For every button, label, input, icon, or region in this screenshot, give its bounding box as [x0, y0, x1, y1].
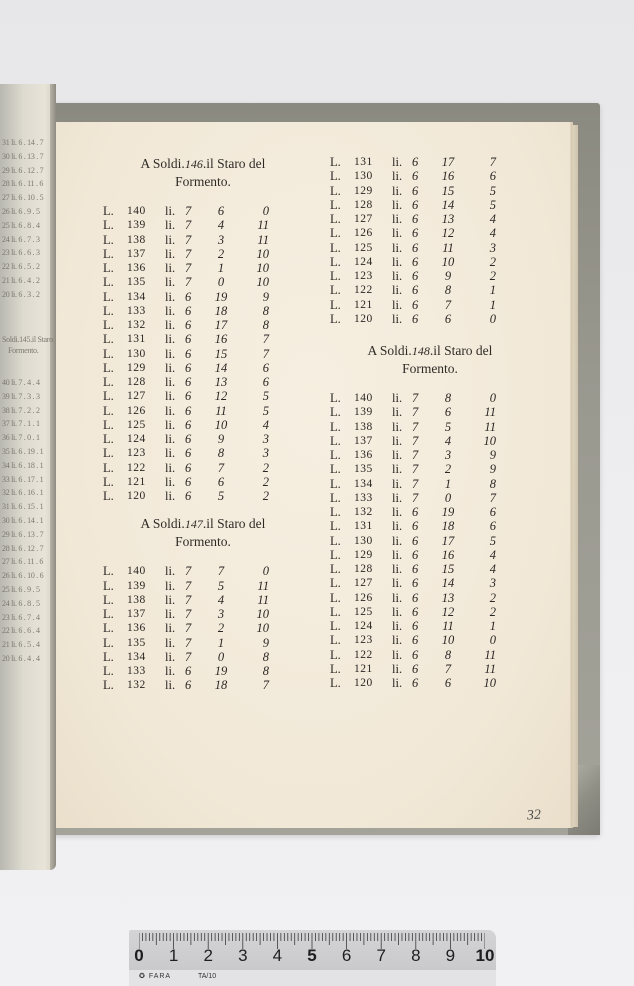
unit-prefix: L. [330, 184, 354, 198]
unit-prefix: L. [103, 636, 127, 650]
denari-value: 4 [466, 226, 496, 240]
soldi-value: 13 [430, 212, 466, 226]
quantity: 139 [127, 218, 165, 232]
denari-value: 4 [466, 212, 496, 226]
quantity: 135 [127, 275, 165, 289]
lire-label: li. [392, 562, 412, 576]
lire-label: li. [165, 347, 185, 361]
lire-label: li. [392, 591, 412, 605]
unit-prefix: L. [330, 662, 354, 676]
table-row: L.124li.693 [103, 432, 303, 446]
denari-value: 6 [239, 361, 269, 375]
lire-label: li. [165, 247, 185, 261]
table-row: L.134li.718 [330, 477, 530, 491]
denari-value: 6 [466, 169, 496, 183]
unit-prefix: L. [330, 505, 354, 519]
lire-label: li. [165, 475, 185, 489]
lire-value: 7 [412, 405, 430, 419]
soldi-value: 17 [430, 534, 466, 548]
soldi-value: 7 [430, 298, 466, 312]
unit-prefix: L. [103, 375, 127, 389]
quantity: 126 [354, 226, 392, 240]
lire-value: 6 [412, 648, 430, 662]
unit-prefix: L. [330, 212, 354, 226]
quantity: 136 [354, 448, 392, 462]
lire-value: 6 [185, 432, 203, 446]
soldi-value: 4 [430, 434, 466, 448]
unit-prefix: L. [330, 676, 354, 690]
quantity: 130 [354, 169, 392, 183]
denari-value: 0 [239, 564, 269, 578]
lire-value: 6 [412, 212, 430, 226]
lire-label: li. [392, 462, 412, 476]
unit-prefix: L. [330, 548, 354, 562]
lire-value: 7 [412, 462, 430, 476]
unit-prefix: L. [330, 648, 354, 662]
unit-prefix: L. [330, 519, 354, 533]
lire-value: 7 [185, 247, 203, 261]
lire-label: li. [165, 304, 185, 318]
quantity: 132 [127, 678, 165, 692]
table-row: L.132li.6178 [103, 318, 303, 332]
denari-value: 6 [466, 505, 496, 519]
denari-value: 1 [466, 298, 496, 312]
soldi-value: 16 [203, 332, 239, 346]
quantity: 130 [127, 347, 165, 361]
lire-label: li. [392, 226, 412, 240]
lire-label: li. [392, 212, 412, 226]
denari-value: 11 [239, 233, 269, 247]
unit-prefix: L. [103, 564, 127, 578]
soldi-value: 1 [203, 261, 239, 275]
soldi-value: 2 [430, 462, 466, 476]
lire-value: 7 [185, 593, 203, 607]
table-row: L.130li.6157 [103, 347, 303, 361]
table-row: L.131li.6186 [330, 519, 530, 533]
table-row: L.140li.770 [103, 564, 303, 578]
lire-value: 7 [185, 233, 203, 247]
unit-prefix: L. [330, 241, 354, 255]
quantity: 137 [127, 247, 165, 261]
lire-label: li. [392, 633, 412, 647]
table-row: L.122li.681 [330, 283, 530, 297]
unit-prefix: L. [330, 298, 354, 312]
lire-value: 6 [412, 241, 430, 255]
soldi-value: 19 [203, 664, 239, 678]
lire-value: 7 [185, 636, 203, 650]
lire-label: li. [165, 275, 185, 289]
ruler-brand: ✪ FARA [139, 972, 171, 980]
quantity: 129 [127, 361, 165, 375]
table-row: L.129li.6164 [330, 548, 530, 562]
soldi-value: 8 [430, 283, 466, 297]
lire-value: 6 [412, 591, 430, 605]
lire-label: li. [392, 434, 412, 448]
ruler-label: 10 [476, 946, 495, 966]
table-row: L.135li.7010 [103, 275, 303, 289]
lire-label: li. [165, 489, 185, 503]
denari-value: 3 [466, 576, 496, 590]
unit-prefix: L. [103, 446, 127, 460]
table-row: L.131li.6177 [330, 155, 530, 169]
table-row: L.121li.662 [103, 475, 303, 489]
table-row: L.135li.729 [330, 462, 530, 476]
table-146: L.140li.760L.139li.7411L.138li.7311L.137… [103, 204, 303, 503]
denari-value: 6 [239, 375, 269, 389]
denari-value: 7 [466, 155, 496, 169]
unit-prefix: L. [103, 461, 127, 475]
soldi-value: 11 [430, 619, 466, 633]
lire-value: 6 [185, 664, 203, 678]
table-row: L.127li.6134 [330, 212, 530, 226]
lire-value: 7 [412, 420, 430, 434]
unit-prefix: L. [103, 650, 127, 664]
denari-value: 2 [466, 605, 496, 619]
lire-label: li. [165, 621, 185, 635]
soldi-value: 6 [203, 204, 239, 218]
soldi-value: 4 [203, 593, 239, 607]
denari-value: 9 [239, 290, 269, 304]
page-stack-edge [570, 125, 578, 827]
quantity: 124 [127, 432, 165, 446]
lire-value: 7 [185, 204, 203, 218]
lire-label: li. [392, 420, 412, 434]
lire-label: li. [165, 432, 185, 446]
lire-label: li. [165, 375, 185, 389]
lire-label: li. [165, 579, 185, 593]
left-page-heading: Soldi.145.il Staro Formento. [2, 334, 52, 356]
quantity: 125 [354, 605, 392, 619]
denari-value: 4 [239, 418, 269, 432]
soldi-value: 18 [203, 678, 239, 692]
unit-prefix: L. [330, 198, 354, 212]
denari-value: 11 [466, 648, 496, 662]
soldi-value: 8 [430, 391, 466, 405]
quantity: 129 [354, 184, 392, 198]
denari-value: 11 [466, 405, 496, 419]
ruler-label: 3 [238, 946, 247, 966]
lire-value: 6 [412, 155, 430, 169]
table-row: L.123li.692 [330, 269, 530, 283]
table-row: L.138li.7511 [330, 420, 530, 434]
table-row: L.121li.6711 [330, 662, 530, 676]
lire-label: li. [165, 461, 185, 475]
denari-value: 10 [466, 676, 496, 690]
table-row: L.136li.7210 [103, 621, 303, 635]
lire-value: 6 [185, 678, 203, 692]
quantity: 134 [127, 290, 165, 304]
denari-value: 9 [466, 462, 496, 476]
denari-value: 8 [239, 664, 269, 678]
quantity: 133 [127, 664, 165, 678]
lire-label: li. [392, 255, 412, 269]
soldi-value: 2 [203, 621, 239, 635]
soldi-value: 6 [430, 312, 466, 326]
lire-label: li. [165, 678, 185, 692]
table-row: L.120li.6610 [330, 676, 530, 690]
quantity: 136 [127, 621, 165, 635]
page-number: 32 [526, 808, 541, 825]
denari-value: 11 [239, 218, 269, 232]
table-row: L.139li.7411 [103, 218, 303, 232]
lire-value: 6 [412, 548, 430, 562]
denari-value: 8 [466, 477, 496, 491]
table-row: L.130li.6166 [330, 169, 530, 183]
lire-label: li. [165, 404, 185, 418]
lire-label: li. [392, 534, 412, 548]
lire-label: li. [165, 204, 185, 218]
soldi-value: 8 [430, 648, 466, 662]
unit-prefix: L. [330, 562, 354, 576]
table-row: L.139li.7511 [103, 579, 303, 593]
soldi-value: 9 [203, 432, 239, 446]
lire-label: li. [392, 576, 412, 590]
soldi-value: 3 [203, 233, 239, 247]
denari-value: 3 [466, 241, 496, 255]
soldi-value: 15 [203, 347, 239, 361]
left-page-text-lower: 40 li. 7 . 4 . 439 li. 7 . 3 . 338 li. 7… [2, 376, 52, 666]
quantity: 138 [127, 593, 165, 607]
table-row: L.138li.7311 [103, 233, 303, 247]
lire-label: li. [392, 605, 412, 619]
unit-prefix: L. [103, 404, 127, 418]
ruler-label: 2 [203, 946, 212, 966]
table-row: L.131li.6167 [103, 332, 303, 346]
quantity: 121 [127, 475, 165, 489]
lire-value: 7 [412, 391, 430, 405]
lire-value: 6 [412, 283, 430, 297]
table-row: L.132li.6196 [330, 505, 530, 519]
quantity: 125 [127, 418, 165, 432]
table-row: L.126li.6115 [103, 404, 303, 418]
unit-prefix: L. [103, 275, 127, 289]
table-row: L.122li.672 [103, 461, 303, 475]
table-row: L.129li.6155 [330, 184, 530, 198]
unit-prefix: L. [103, 304, 127, 318]
soldi-value: 19 [203, 290, 239, 304]
soldi-value: 15 [430, 184, 466, 198]
denari-value: 7 [239, 678, 269, 692]
unit-prefix: L. [330, 405, 354, 419]
soldi-value: 6 [203, 475, 239, 489]
table-row: L.123li.683 [103, 446, 303, 460]
denari-value: 7 [239, 347, 269, 361]
unit-prefix: L. [103, 361, 127, 375]
lire-value: 7 [185, 261, 203, 275]
lire-value: 6 [412, 298, 430, 312]
lire-value: 7 [412, 448, 430, 462]
unit-prefix: L. [103, 664, 127, 678]
denari-value: 10 [466, 434, 496, 448]
quantity: 124 [354, 619, 392, 633]
denari-value: 11 [466, 420, 496, 434]
table-row: L.125li.6122 [330, 605, 530, 619]
quantity: 127 [354, 576, 392, 590]
soldi-value: 7 [203, 461, 239, 475]
quantity: 127 [127, 389, 165, 403]
table-row: L.121li.671 [330, 298, 530, 312]
quantity: 134 [354, 477, 392, 491]
soldi-value: 10 [203, 418, 239, 432]
table-row: L.133li.6188 [103, 304, 303, 318]
lire-label: li. [392, 477, 412, 491]
table-row: L.140li.760 [103, 204, 303, 218]
unit-prefix: L. [330, 269, 354, 283]
unit-prefix: L. [330, 534, 354, 548]
table-row: L.129li.6146 [103, 361, 303, 375]
quantity: 137 [354, 434, 392, 448]
lire-label: li. [392, 548, 412, 562]
denari-value: 7 [466, 491, 496, 505]
denari-value: 5 [466, 534, 496, 548]
unit-prefix: L. [330, 605, 354, 619]
lire-value: 7 [185, 564, 203, 578]
quantity: 121 [354, 662, 392, 676]
lire-value: 6 [412, 676, 430, 690]
denari-value: 11 [466, 662, 496, 676]
table-row: L.124li.6102 [330, 255, 530, 269]
lire-value: 6 [412, 198, 430, 212]
denari-value: 1 [466, 283, 496, 297]
table-row: L.124li.6111 [330, 619, 530, 633]
denari-value: 2 [239, 475, 269, 489]
quantity: 120 [354, 312, 392, 326]
lire-value: 6 [412, 169, 430, 183]
lire-value: 6 [185, 446, 203, 460]
lire-value: 6 [412, 562, 430, 576]
lire-label: li. [392, 155, 412, 169]
unit-prefix: L. [103, 678, 127, 692]
soldi-value: 7 [430, 662, 466, 676]
unit-prefix: L. [103, 204, 127, 218]
soldi-value: 1 [430, 477, 466, 491]
table-row: L.127li.6143 [330, 576, 530, 590]
quantity: 135 [127, 636, 165, 650]
quantity: 129 [354, 548, 392, 562]
unit-prefix: L. [330, 477, 354, 491]
soldi-value: 15 [430, 562, 466, 576]
table-row: L.128li.6145 [330, 198, 530, 212]
denari-value: 9 [466, 448, 496, 462]
quantity: 126 [127, 404, 165, 418]
denari-value: 8 [239, 650, 269, 664]
denari-value: 8 [239, 304, 269, 318]
quantity: 131 [354, 155, 392, 169]
quantity: 122 [354, 283, 392, 297]
ruler-label: 1 [169, 946, 178, 966]
left-page-text-upper: 31 li. 6 . 14 . 730 li. 6 . 13 . 729 li.… [2, 136, 52, 302]
ruler-label: 9 [446, 946, 455, 966]
lire-value: 6 [412, 255, 430, 269]
soldi-value: 2 [203, 247, 239, 261]
lire-label: li. [165, 218, 185, 232]
ruler-label: 6 [342, 946, 351, 966]
lire-value: 7 [185, 218, 203, 232]
lire-value: 6 [185, 475, 203, 489]
ruler-label: 8 [411, 946, 420, 966]
unit-prefix: L. [330, 434, 354, 448]
lire-label: li. [165, 564, 185, 578]
unit-prefix: L. [103, 418, 127, 432]
table-heading-148: A Soldi.148.il Staro del Formento. [330, 342, 530, 377]
soldi-value: 18 [203, 304, 239, 318]
unit-prefix: L. [330, 448, 354, 462]
denari-value: 10 [239, 275, 269, 289]
lire-label: li. [165, 290, 185, 304]
quantity: 123 [354, 633, 392, 647]
lire-label: li. [392, 198, 412, 212]
denari-value: 10 [239, 261, 269, 275]
quantity: 132 [127, 318, 165, 332]
soldi-value: 16 [430, 169, 466, 183]
lire-value: 6 [185, 347, 203, 361]
lire-label: li. [392, 662, 412, 676]
denari-value: 5 [466, 184, 496, 198]
quantity: 120 [127, 489, 165, 503]
unit-prefix: L. [103, 607, 127, 621]
ruler-footer [129, 970, 496, 986]
unit-prefix: L. [330, 619, 354, 633]
table-row: L.128li.6154 [330, 562, 530, 576]
quantity: 121 [354, 298, 392, 312]
lire-label: li. [165, 233, 185, 247]
lire-label: li. [392, 519, 412, 533]
lire-label: li. [392, 505, 412, 519]
soldi-value: 7 [203, 564, 239, 578]
quantity: 140 [354, 391, 392, 405]
denari-value: 5 [239, 389, 269, 403]
lire-label: li. [165, 446, 185, 460]
lire-value: 6 [185, 304, 203, 318]
soldi-value: 13 [430, 591, 466, 605]
soldi-value: 4 [203, 218, 239, 232]
denari-value: 4 [466, 562, 496, 576]
soldi-value: 6 [430, 405, 466, 419]
table-heading-147: A Soldi.147.il Staro del Formento. [103, 515, 303, 550]
soldi-value: 12 [430, 226, 466, 240]
lire-label: li. [165, 636, 185, 650]
lire-value: 6 [185, 461, 203, 475]
soldi-value: 9 [430, 269, 466, 283]
soldi-value: 1 [203, 636, 239, 650]
denari-value: 0 [466, 312, 496, 326]
soldi-value: 16 [430, 548, 466, 562]
lire-label: li. [165, 361, 185, 375]
soldi-value: 8 [203, 446, 239, 460]
soldi-value: 11 [203, 404, 239, 418]
denari-value: 2 [239, 489, 269, 503]
denari-value: 0 [239, 204, 269, 218]
lire-label: li. [392, 283, 412, 297]
quantity: 140 [127, 564, 165, 578]
denari-value: 2 [466, 255, 496, 269]
table-row: L.136li.7110 [103, 261, 303, 275]
quantity: 133 [127, 304, 165, 318]
table-row: L.125li.6113 [330, 241, 530, 255]
table-row: L.136li.739 [330, 448, 530, 462]
lire-label: li. [392, 405, 412, 419]
quantity: 133 [354, 491, 392, 505]
quantity: 131 [354, 519, 392, 533]
table-row: L.127li.6125 [103, 389, 303, 403]
quantity: 138 [127, 233, 165, 247]
table-row: L.133li.707 [330, 491, 530, 505]
unit-prefix: L. [103, 247, 127, 261]
soldi-value: 10 [430, 255, 466, 269]
lire-value: 6 [412, 226, 430, 240]
unit-prefix: L. [103, 233, 127, 247]
lire-value: 6 [412, 269, 430, 283]
